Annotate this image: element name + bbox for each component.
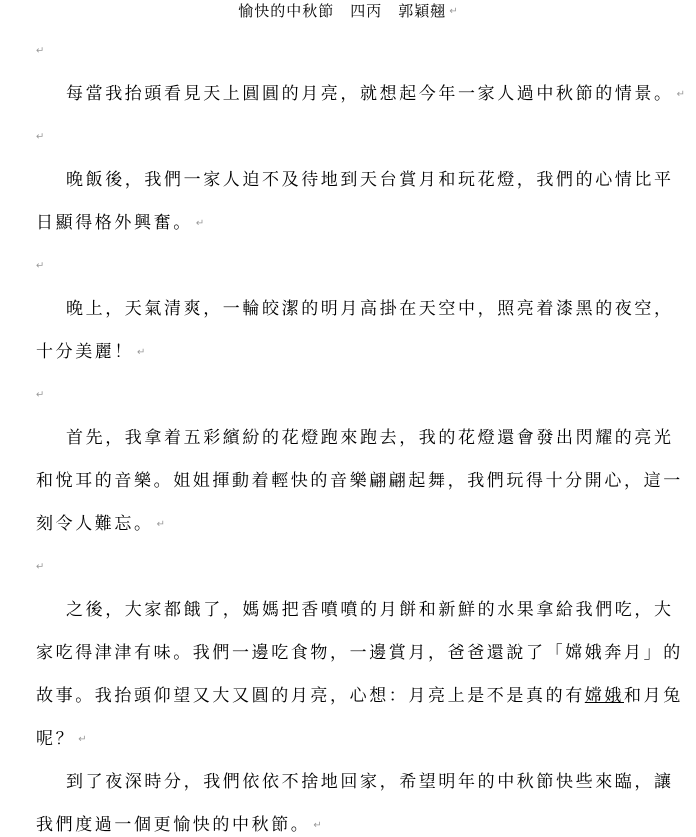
text-line: 我們度過一個更愉快的中秋節。↵ — [36, 814, 322, 837]
line-text: 到了夜深時分，我們依依不捨地回家，希望明年的中秋節快些來臨，讓 — [66, 772, 674, 792]
line-text: 刻令人難忘。 — [36, 514, 154, 534]
text-line: 故事。我抬頭仰望又大又圓的月亮，心想：月亮上是不是真的有嫦娥和月兔 — [36, 685, 683, 707]
underlined-text: 嫦娥 — [585, 686, 624, 706]
paragraph-mark-icon: ↵ — [78, 734, 86, 745]
paragraph-mark-icon: ↵ — [36, 261, 44, 272]
empty-paragraph: ↵ — [36, 255, 44, 278]
paragraph-mark-icon: ↵ — [196, 218, 204, 229]
line-text: 日顯得格外興奮。 — [36, 213, 193, 233]
paragraph-mark-icon: ↵ — [677, 89, 685, 100]
line-text: 晚飯後，我們一家人迫不及待地到天台賞月和玩花燈，我們的心情比平 — [66, 170, 674, 190]
paragraph-mark-icon: ↵ — [36, 46, 44, 57]
empty-paragraph: ↵ — [36, 556, 44, 579]
line-text: 和月兔 — [624, 686, 683, 706]
line-text: 十分美麗！ — [36, 342, 134, 362]
paragraph-mark-icon: ↵ — [36, 132, 44, 143]
paragraph-mark-icon: ↵ — [157, 519, 165, 530]
line-text: 家吃得津津有味。我們一邊吃食物，一邊賞月，爸爸還說了「嫦娥奔月」的 — [36, 643, 683, 663]
text-line: 家吃得津津有味。我們一邊吃食物，一邊賞月，爸爸還說了「嫦娥奔月」的 — [36, 642, 683, 664]
empty-paragraph: ↵ — [36, 384, 44, 407]
empty-paragraph: ↵ — [36, 126, 44, 149]
line-text: 呢？ — [36, 729, 75, 749]
text-line: 晚飯後，我們一家人迫不及待地到天台賞月和玩花燈，我們的心情比平 — [66, 169, 674, 191]
text-line: 晚上，天氣清爽，一輪皎潔的明月高掛在天空中，照亮着漆黑的夜空， — [66, 298, 674, 320]
paragraph-mark-icon: ↵ — [36, 562, 44, 573]
text-line: 和悅耳的音樂。姐姐揮動着輕快的音樂翩翩起舞，我們玩得十分開心，這一 — [36, 470, 683, 492]
empty-paragraph: ↵ — [36, 40, 44, 63]
text-line: 刻令人難忘。↵ — [36, 513, 165, 536]
line-text: 和悅耳的音樂。姐姐揮動着輕快的音樂翩翩起舞，我們玩得十分開心，這一 — [36, 471, 683, 491]
text-line: 之後，大家都餓了，媽媽把香噴噴的月餅和新鮮的水果拿給我們吃，大 — [66, 599, 674, 621]
paragraph-mark-icon: ↵ — [36, 390, 44, 401]
line-text: 故事。我抬頭仰望又大又圓的月亮，心想：月亮上是不是真的有 — [36, 686, 585, 706]
document-title: 愉快的中秋節 四丙 郭穎翹↵ — [0, 1, 696, 22]
text-line: 到了夜深時分，我們依依不捨地回家，希望明年的中秋節快些來臨，讓 — [66, 771, 674, 793]
line-text: 晚上，天氣清爽，一輪皎潔的明月高掛在天空中，照亮着漆黑的夜空， — [66, 299, 674, 319]
paragraph-mark-icon: ↵ — [449, 6, 457, 17]
line-text: 我們度過一個更愉快的中秋節。 — [36, 815, 310, 835]
text-line: 十分美麗！↵ — [36, 341, 145, 364]
line-text: 之後，大家都餓了，媽媽把香噴噴的月餅和新鮮的水果拿給我們吃，大 — [66, 600, 674, 620]
text-line: 首先，我拿着五彩繽紛的花燈跑來跑去，我的花燈還會發出閃耀的亮光 — [66, 427, 674, 449]
text-line: 每當我抬頭看見天上圓圓的月亮，就想起今年一家人過中秋節的情景。↵ — [66, 83, 685, 106]
text-line: 呢？↵ — [36, 728, 87, 751]
line-text: 每當我抬頭看見天上圓圓的月亮，就想起今年一家人過中秋節的情景。 — [66, 84, 674, 104]
text-line: 日顯得格外興奮。↵ — [36, 212, 204, 235]
paragraph-mark-icon: ↵ — [137, 347, 145, 358]
title-text: 愉快的中秋節 四丙 郭穎翹 — [238, 2, 446, 20]
paragraph-mark-icon: ↵ — [313, 820, 321, 831]
line-text: 首先，我拿着五彩繽紛的花燈跑來跑去，我的花燈還會發出閃耀的亮光 — [66, 428, 674, 448]
